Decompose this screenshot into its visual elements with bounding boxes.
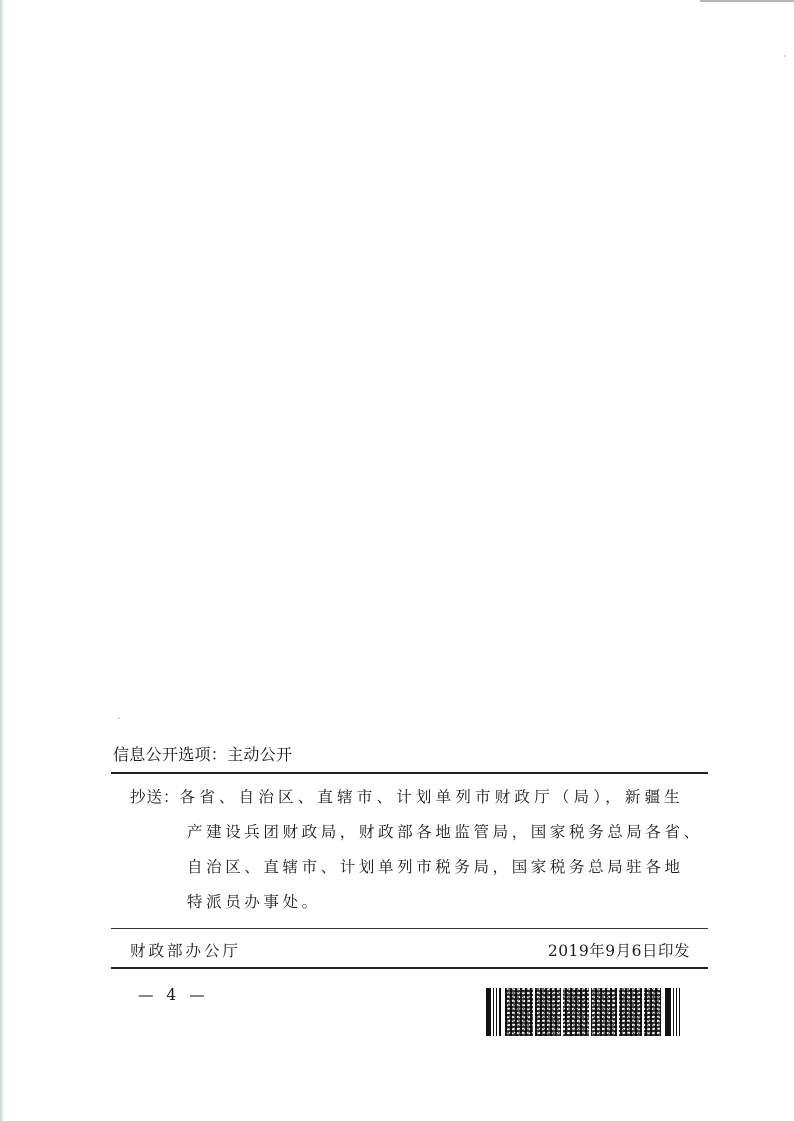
issuer: 财政部办公厅 xyxy=(130,939,241,961)
rule-middle xyxy=(111,928,708,929)
cc-line-2: 产建设兵团财政局，财政部各地监管局，国家税务总局各省、 xyxy=(130,820,705,855)
scan-speck xyxy=(784,55,786,57)
cc-line-3: 自治区、直辖市、计划单列市税务局，国家税务总局驻各地 xyxy=(130,855,705,890)
pdf417-barcode-icon xyxy=(486,988,680,1036)
rule-bottom xyxy=(111,967,708,969)
cc-line-4: 特派员办事处。 xyxy=(130,890,705,925)
scan-speck xyxy=(118,717,120,719)
scan-edge-left xyxy=(0,0,4,1121)
cc-text: 各省、自治区、直辖市、计划单列市财政厅（局），新疆生 xyxy=(180,788,684,806)
page-number: — 4 — xyxy=(138,986,209,1004)
barcode-data-region xyxy=(505,988,661,1036)
rule-top xyxy=(111,772,708,774)
issuer-row: 财政部办公厅 2019年9月6日印发 xyxy=(130,938,690,962)
disclosure-option: 信息公开选项：主动公开 xyxy=(113,742,292,765)
cc-label: 抄送： xyxy=(130,788,180,806)
issue-date: 2019年9月6日印发 xyxy=(548,939,690,961)
cc-line-1: 抄送：各省、自治区、直辖市、计划单列市财政厅（局），新疆生 xyxy=(130,785,705,820)
scan-edge-top xyxy=(700,0,794,2)
cc-recipients: 抄送：各省、自治区、直辖市、计划单列市财政厅（局），新疆生 产建设兵团财政局，财… xyxy=(130,785,705,925)
